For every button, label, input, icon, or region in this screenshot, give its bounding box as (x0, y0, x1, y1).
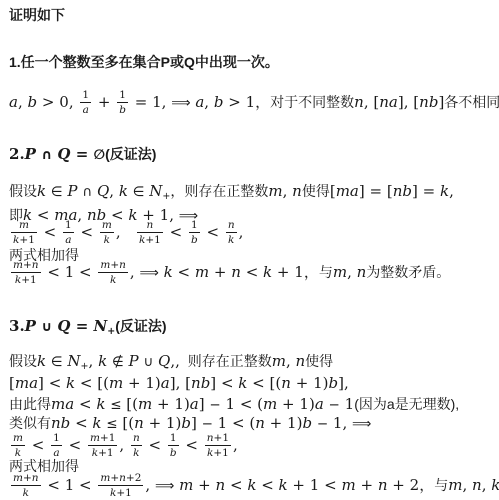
math-run: < 1 < (43, 263, 97, 281)
text-run: 1.任一个整数至多在集合P或Q中出现一次。 (9, 54, 279, 70)
text-run: 假设 (9, 183, 37, 199)
math-run: < 1 < (43, 476, 97, 494)
text-run: 与 (434, 477, 448, 493)
fraction: m+nk (11, 473, 41, 498)
text-run: (因为a是无理数), (354, 396, 459, 412)
math-run: < (165, 223, 187, 241)
fraction: m+nk (98, 260, 128, 285)
math-run: m, n (333, 263, 366, 281)
fraction: 1b (117, 90, 128, 115)
fraction: m+1k+1 (88, 433, 117, 458)
fraction: 1b (189, 220, 200, 245)
math-run: < (76, 223, 98, 241)
fraction: mk (11, 433, 25, 458)
text-run: 使得 (302, 183, 330, 199)
fraction: nk (226, 220, 237, 245)
math-run: < (144, 436, 166, 454)
math-run: k ∈ P ∩ Q, k ∈ (37, 182, 149, 200)
math-run: < (64, 436, 86, 454)
math-run: < (39, 223, 61, 241)
text-run: 类似有 (9, 415, 51, 431)
math-run: + (93, 93, 115, 111)
claim-1-heading: 1.任一个整数至多在集合P或Q中出现一次。 (9, 52, 497, 72)
math-run: a, b > 0, (9, 93, 78, 111)
proof-document: 证明如下 1.任一个整数至多在集合P或Q中出现一次。 a, b > 0, 1a … (0, 0, 499, 500)
math-run: ma < k ≤ [(m + 1)a] − 1 < (m + 1)a − 1 (51, 395, 354, 413)
math-run: , k ∉ P ∪ Q,, (89, 352, 180, 370)
math-run: < (202, 223, 224, 241)
text-run: 为整数矛盾。 (366, 264, 450, 280)
math-run: , (119, 436, 129, 454)
math-run: < (27, 436, 49, 454)
math-run: , (116, 223, 135, 241)
fraction: mk (100, 220, 114, 245)
math-run: 2.P ∩ Q = ∅ (9, 145, 105, 163)
fraction: 1a (51, 433, 62, 458)
text-run: 假设 (9, 353, 37, 369)
subscripted-symbol: N+ (94, 317, 116, 335)
math-run: n, [na], [nb] (354, 93, 444, 111)
math-run: m, n (272, 352, 305, 370)
claim-1-statement: a, b > 0, 1a + 1b = 1, ⟹ a, b > 1，对于不同整数… (9, 91, 497, 116)
text-run: 由此得 (9, 396, 51, 412)
text-run: ，则存在正整数 (170, 183, 268, 199)
fraction: nk (131, 433, 142, 458)
subscripted-symbol: N+ (149, 182, 170, 200)
text-run: 证明如下 (9, 7, 65, 23)
text-run: 则存在正整数 (180, 353, 272, 369)
math-run: [ma] < k < [(m + 1)a], [nb] < k < [(n + … (9, 374, 349, 392)
math-run: 3.P ∪ Q = (9, 317, 94, 335)
math-run: , ⟹ m + n < k < k + 1 < m + n + 2， (145, 476, 434, 494)
fraction: n+1k+1 (205, 433, 231, 458)
math-run: k ∈ (37, 352, 67, 370)
math-run: [ma] = [nb] = k, (330, 182, 454, 200)
fraction: mk+1 (11, 220, 37, 245)
fraction: m+nk+1 (11, 260, 41, 285)
claim-2-heading: 2.P ∩ Q = ∅(反证法) (9, 144, 497, 165)
math-run: nb < k ≤ [(n + 1)b] − 1 < (n + 1)b − 1, … (51, 414, 371, 432)
text-run: (反证法) (105, 146, 156, 162)
fraction: 1b (168, 433, 179, 458)
claim-3-derivation-a: 由此得ma < k ≤ [(m + 1)a] − 1 < (m + 1)a − … (9, 394, 497, 415)
text-run: (反证法) (115, 318, 166, 334)
fraction: 1a (80, 90, 91, 115)
math-run: , ⟹ k < m + n < k + 1， (130, 263, 319, 281)
proof-title: 证明如下 (9, 5, 497, 25)
claim-3-bracket-inequalities: [ma] < k < [(m + 1)a], [nb] < k < [(n + … (9, 373, 497, 393)
math-run: < (181, 436, 203, 454)
math-run: , (239, 223, 244, 241)
fraction: 1a (63, 220, 74, 245)
claim-3-derivation-b: 类似有nb < k ≤ [(n + 1)b] − 1 < (n + 1)b − … (9, 413, 497, 434)
claim-3-heading: 3.P ∪ Q = N+(反证法) (9, 316, 497, 342)
math-run: m, n (268, 182, 301, 200)
text-run: 使得 (305, 353, 333, 369)
text-run: 对于不同整数 (270, 94, 354, 110)
subscripted-symbol: N+ (67, 352, 88, 370)
claim-3-contradiction: m+nk < 1 < m+n+2k+1, ⟹ m + n < k < k + 1… (9, 474, 497, 499)
fraction: nk+1 (137, 220, 163, 245)
text-run: 与 (319, 264, 333, 280)
fraction: m+n+2k+1 (98, 473, 143, 498)
claim-2-contradiction: m+nk+1 < 1 < m+nk, ⟹ k < m + n < k + 1，与… (9, 261, 497, 286)
math-run: = 1, ⟹ a, b > 1， (130, 93, 270, 111)
text-run: 各不相同。 (444, 94, 499, 110)
math-run: m, n, k (448, 476, 499, 494)
claim-3-add-text: 两式相加得 (9, 456, 497, 476)
math-run: , (233, 436, 238, 454)
claim-2-fraction-inequalities: mk+1 < 1a < mk, nk+1 < 1b < nk, (9, 221, 497, 246)
claim-2-assumption: 假设k ∈ P ∩ Q, k ∈ N+，则存在正整数m, n使得[ma] = [… (9, 181, 497, 207)
